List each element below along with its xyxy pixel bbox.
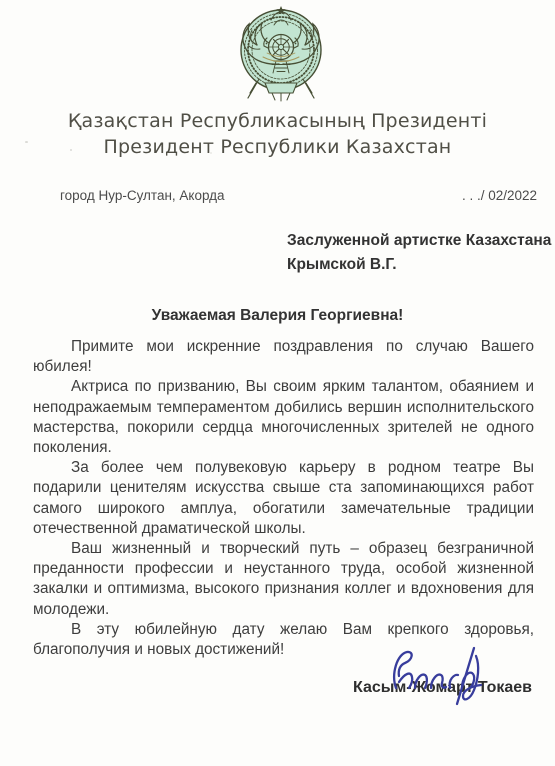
letterhead-title-kazakh: Қазақстан Республикасының Президенті xyxy=(0,108,555,134)
signer-name: Касым-Жомарт Токаев xyxy=(353,679,532,697)
body-paragraph-5: В эту юбилейную дату желаю Вам крепкого … xyxy=(33,620,534,660)
recipient-line-1: Заслуженной артистке Казахстана xyxy=(287,229,551,253)
letterhead-title-russian: Президент Республики Казахстан xyxy=(0,134,555,160)
body-paragraph-3: За более чем полувековую карьеру в родно… xyxy=(33,458,534,539)
meta-row: город Нур-Султан, Акорда . . ./ 02/2022 xyxy=(60,188,537,203)
place-line: город Нур-Султан, Акорда xyxy=(60,188,225,203)
letter-body: Примите мои искренние поздравления по сл… xyxy=(33,337,534,660)
letterhead: Қазақстан Республикасының Президенті Пре… xyxy=(0,108,555,160)
letter-page: Қазақстан Республикасының Президенті Пре… xyxy=(0,0,555,766)
scan-artifact xyxy=(70,149,72,151)
salutation: Уважаемая Валерия Георгиевна! xyxy=(0,307,555,325)
body-paragraph-4: Ваш жизненный и творческий путь – образе… xyxy=(33,539,534,620)
body-paragraph-2: Актриса по призванию, Вы своим ярким тал… xyxy=(33,377,534,458)
kazakhstan-state-emblem-icon xyxy=(226,3,336,106)
scan-artifact xyxy=(210,152,212,154)
scan-artifact xyxy=(25,141,28,143)
recipient-block: Заслуженной артистке Казахстана Крымской… xyxy=(287,229,551,277)
date-line: . . ./ 02/2022 xyxy=(462,188,537,203)
body-paragraph-1: Примите мои искренние поздравления по сл… xyxy=(33,337,534,377)
recipient-line-2: Крымской В.Г. xyxy=(287,253,551,277)
